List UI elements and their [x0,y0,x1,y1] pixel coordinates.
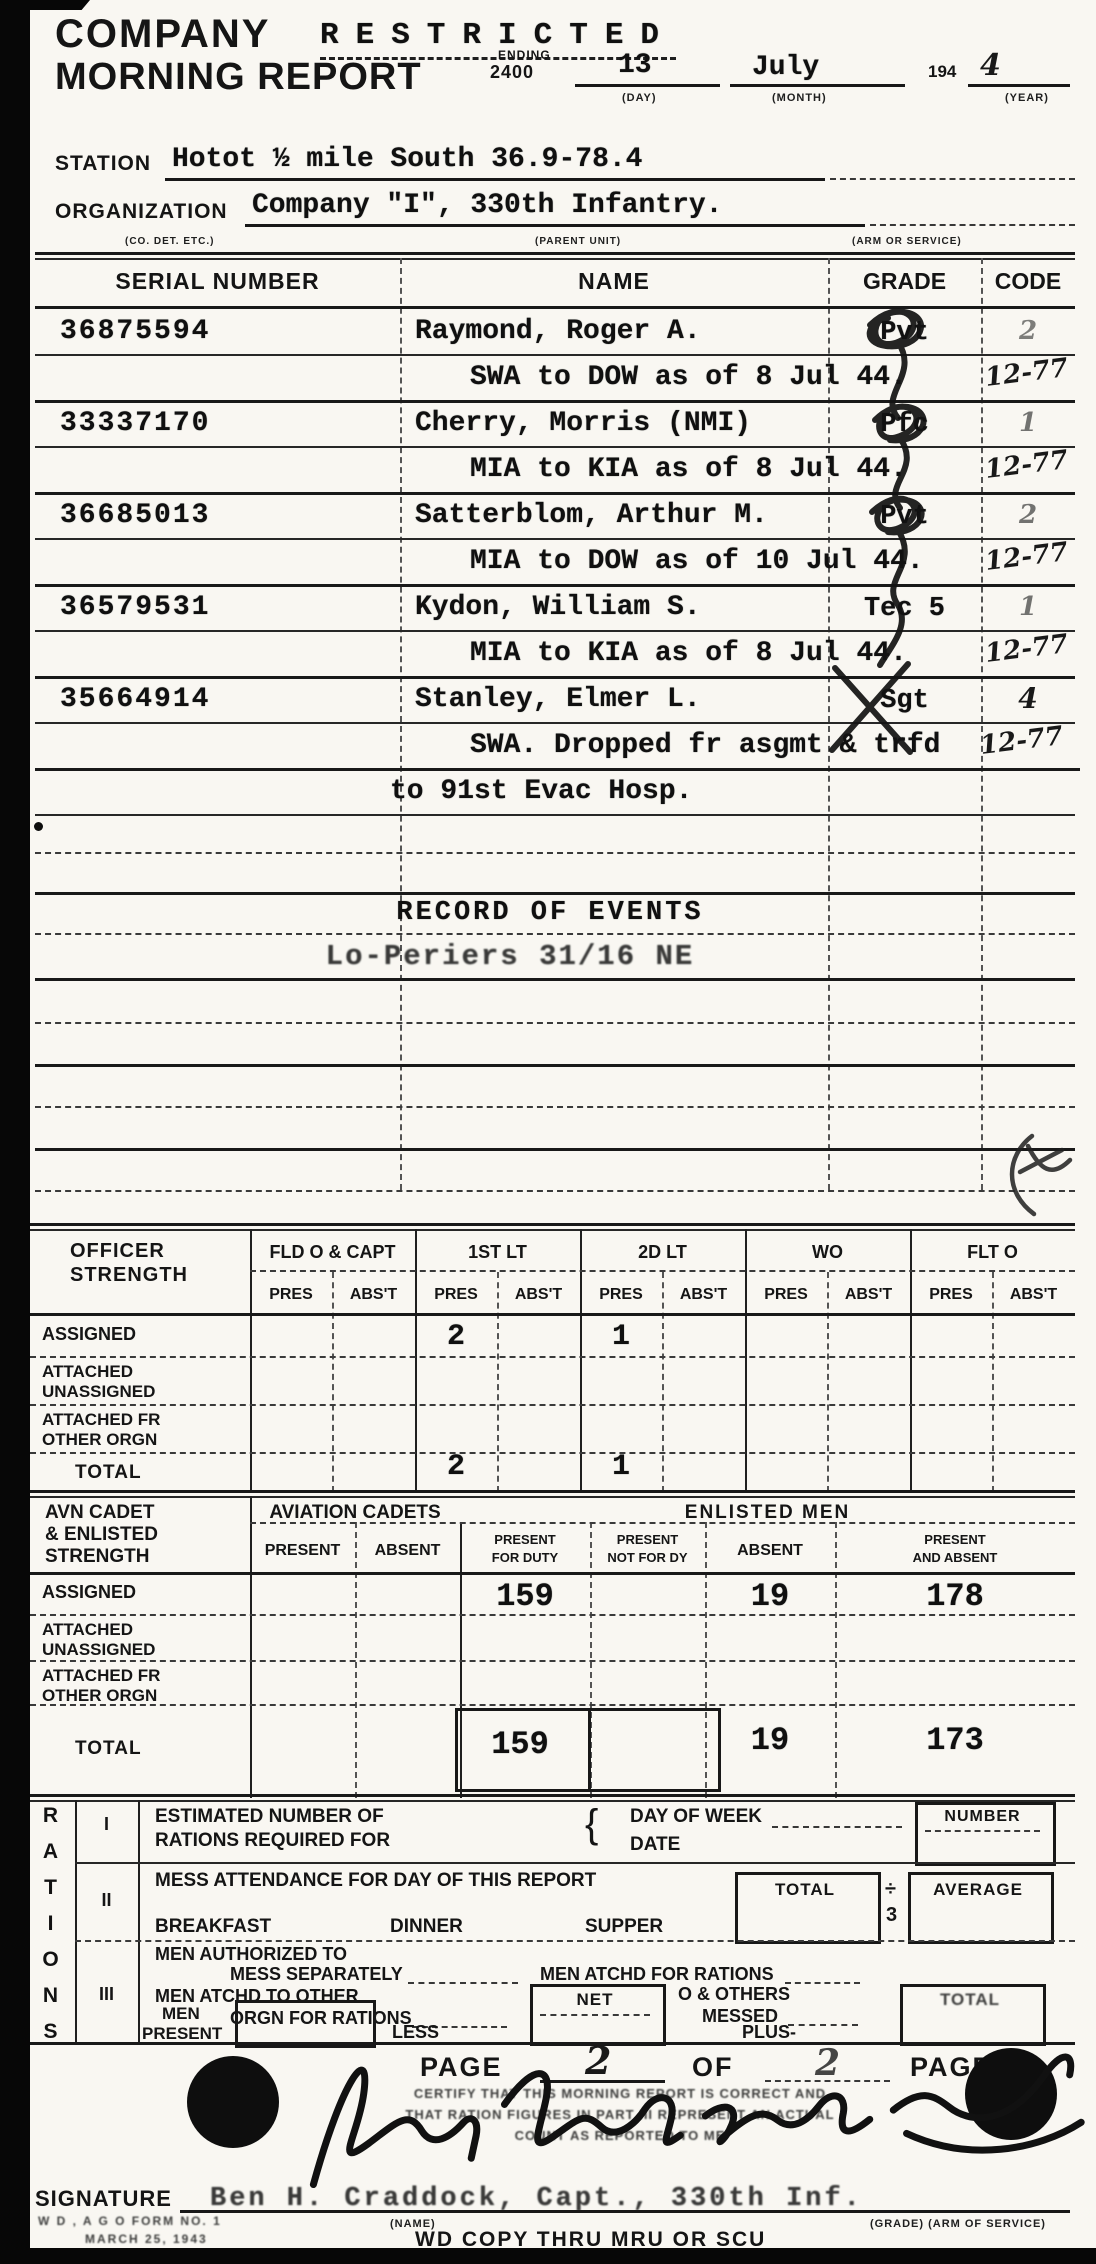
table-row: 36579531 [60,592,210,623]
enlisted-row-sep [30,1660,1075,1662]
abst-label: ABS'T [662,1286,745,1304]
officer-row-attached: ATTACHED [42,1362,133,1382]
enlisted-total-absent: 19 [705,1722,835,1759]
net-box-rule [540,2014,650,2016]
enlisted-group-underline [250,1522,1075,1524]
signature-line [180,2182,1070,2213]
abst-label: ABS'T [827,1286,910,1304]
col-header-serial: SERIAL NUMBER [35,268,400,295]
organization-underline [245,196,865,227]
blank-rule [35,978,1075,981]
mess-separately-label: MESS SEPARATELY [230,1964,403,1985]
pres-label: PRES [415,1286,497,1304]
officer-row-sep [30,1356,1075,1358]
men-atchd-rations-label: MEN ATCHD FOR RATIONS [540,1964,774,1985]
number-box-rule [925,1830,1040,1832]
year-prefix: 194 [928,62,956,82]
col-divider-serial-name [400,258,402,1190]
officer-total-2dlt-pres: 1 [580,1450,662,1484]
net-label: NET [530,1990,660,2010]
enlisted-row-attached: ATTACHED [42,1620,133,1640]
scan-border-left [0,0,30,2264]
enlisted-assigned-absent: 19 [705,1578,835,1615]
enlisted-row-total: TOTAL [75,1738,142,1760]
rations-numeral-divider [138,1800,140,2042]
enlisted-strength-label2: & ENLISTED [45,1524,158,1546]
officer-row-attached-fr: ATTACHED FR [42,1410,160,1430]
officer-sub-divider [662,1272,664,1492]
grade-caption: (GRADE) (ARM OF SERVICE) [870,2218,1046,2230]
men-authorized-label: MEN AUTHORIZED TO [155,1944,347,1965]
year-underline [968,56,1070,87]
day-of-week-label: DAY OF WEEK [630,1806,762,1828]
table-row: Satterblom, Arthur M. [415,500,768,531]
record-of-events-title: RECORD OF EVENTS [270,898,830,928]
enlisted-row-attached2: UNASSIGNED [42,1640,155,1660]
enlisted-table-top [30,1490,1075,1493]
fill-line [785,1966,860,1984]
enl-pfd-label: PRESENT [460,1532,590,1547]
officer-assigned-1stlt-pres: 2 [415,1320,497,1354]
rations-i-bottom [75,1862,1075,1864]
officer-assigned-2dlt-pres: 1 [580,1320,662,1354]
mess-total-label: TOTAL [735,1880,875,1900]
officer-sub-divider [992,1272,994,1492]
day-underline [575,56,720,87]
divide-sign: ÷ [885,1878,896,1901]
enlisted-assigned-pa: 178 [835,1578,1075,1615]
enlisted-table-top2 [30,1496,1075,1498]
enlisted-men-header: ENLISTED MEN [460,1502,1075,1524]
org-caption-parent: (PARENT UNIT) [535,236,621,247]
officer-group-fldo: FLD O & CAPT [250,1242,415,1263]
officer-row-total: TOTAL [75,1462,142,1484]
rations-vertical-label: RATIONS [38,1804,62,2044]
abst-label: ABS'T [992,1286,1075,1304]
scan-border-bottom [0,2248,1096,2264]
enlisted-header-bottom [30,1572,1075,1575]
officer-row-assigned: ASSIGNED [42,1324,136,1345]
table-row: 36875594 [60,316,210,347]
officer-sub-divider [827,1272,829,1492]
officer-strength-label: OFFICER [70,1240,165,1263]
officer-row-attached-fr2: OTHER ORGN [42,1430,157,1450]
station-underline [165,150,825,181]
station-label: STATION [55,152,151,176]
enlisted-row-sep [30,1614,1075,1616]
enlisted-total-pfd: 159 [455,1726,585,1763]
blank-rule [35,892,1075,895]
breakfast-label: BREAKFAST [155,1916,271,1938]
blank-rule [35,852,1075,854]
dinner-label: DINNER [390,1916,463,1938]
mess-attendance-label: MESS ATTENDANCE FOR DAY OF THIS REPORT [155,1870,596,1892]
enl-pnfd-label: PRESENT [590,1532,705,1547]
officer-row-attached2: UNASSIGNED [42,1382,155,1402]
men-present-label1: MEN [162,2004,200,2024]
rations-top [30,1794,1075,1797]
form-date: MARCH 25, 1943 [85,2232,208,2246]
blank-rule [35,1106,1075,1108]
pres-label: PRES [250,1286,332,1304]
officer-row-sep [30,1404,1075,1406]
rations-total-label: TOTAL [900,1990,1040,2010]
enlisted-row-sep [30,1704,1075,1706]
ending-label: ENDING [498,48,551,62]
enl-pnfd-label2: NOT FOR DY [590,1550,705,1565]
average-label: AVERAGE [908,1880,1048,1900]
rations-ii-bottom [75,1940,1075,1942]
handwritten-check-mark [990,1130,1096,1220]
table-row: 35664914 [60,684,210,715]
handwritten-signature [265,2025,1096,2195]
enlisted-row-assigned: ASSIGNED [42,1582,136,1603]
month-caption: (MONTH) [772,92,827,104]
table-row: Raymond, Roger A. [415,316,701,347]
month-underline [730,56,905,87]
remark-row: to 91st Evac Hosp. [390,776,692,807]
form-number: W D , A G O FORM NO. 1 [38,2214,222,2228]
enl-pa-label2: AND ABSENT [835,1550,1075,1565]
organization-underline-dotted [870,198,1075,226]
blank-rule [35,1148,1075,1151]
table-row: Kydon, William S. [415,592,701,623]
officer-group-1stlt: 1ST LT [415,1242,580,1263]
enlisted-strength-label: AVN CADET [45,1502,154,1524]
org-caption-co: (CO. DET. ETC.) [125,236,214,247]
total-pnfd-box [588,1708,721,1792]
scanned-morning-report: { "header": { "title1": "COMPANY", "titl… [0,0,1096,2264]
officer-group-flto: FLT O [910,1242,1075,1263]
supper-label: SUPPER [585,1916,663,1938]
rations-section-i: I [75,1814,138,1835]
table-top-line2 [35,258,1075,260]
o-and-others-label: O & OTHERS [678,1984,790,2005]
table-row: 36685013 [60,500,210,531]
table-row: Stanley, Elmer L. [415,684,701,715]
rations-i-text1: ESTIMATED NUMBER OF [155,1806,384,1828]
officer-sub-divider [497,1272,499,1492]
blank-rule [35,1022,1075,1024]
year-caption: (YEAR) [1005,92,1049,104]
table-top-line [35,252,1075,255]
stray-ink-dot [34,822,43,831]
date-label: DATE [630,1834,680,1856]
avn-absent-label: ABSENT [355,1542,460,1560]
col-header-name: NAME [400,268,828,295]
enlisted-total-pa: 173 [835,1722,1075,1759]
officer-total-1stlt-pres: 2 [415,1450,497,1484]
rations-letter-divider [75,1800,77,2042]
pres-label: PRES [580,1286,662,1304]
abst-label: ABS'T [497,1286,580,1304]
row-sep [35,814,1075,816]
scan-border-top-wedge [22,0,90,10]
fill-line [788,2008,858,2026]
ending-time: 2400 [490,62,534,83]
men-present-label2: PRESENT [142,2024,222,2044]
brace-glyph: { [585,1802,598,1847]
officer-row-sep [30,1452,1075,1454]
dow-fill-line [772,1808,902,1828]
ink-scribble-overlay [780,280,1020,780]
enlisted-row-attached-fr: ATTACHED FR [42,1666,160,1686]
avn-present-label: PRESENT [250,1542,355,1560]
officer-group-wo: WO [745,1242,910,1263]
blank-rule [35,1190,1075,1192]
table-row: Cherry, Morris (NMI) [415,408,751,439]
divisor-three: 3 [886,1904,897,1927]
officer-group-underline [250,1270,1075,1272]
abst-label: ABS'T [332,1286,415,1304]
pres-label: PRES [745,1286,827,1304]
enlisted-assigned-pfd: 159 [460,1578,590,1615]
enl-pfd-label2: FOR DUTY [460,1550,590,1565]
station-underline-dotted [830,152,1075,180]
enlisted-row-attached-fr2: OTHER ORGN [42,1686,157,1706]
rations-i-text2: RATIONS REQUIRED FOR [155,1830,390,1852]
officer-table-top2 [30,1229,1075,1231]
paper-sheet: COMPANY MORNING REPORT RESTRICTED ENDING… [30,0,1096,2250]
officer-group-2dlt: 2D LT [580,1242,745,1263]
officer-strength-label: STRENGTH [70,1264,188,1287]
signature-label: SIGNATURE [35,2186,172,2212]
aviation-cadets-header: AVIATION CADETS [250,1502,460,1524]
officer-header-bottom [30,1313,1075,1316]
blank-rule [35,933,1075,935]
enl-pa-label: PRESENT [835,1532,1075,1547]
officer-table-top [30,1223,1075,1226]
number-box-label: NUMBER [915,1808,1050,1826]
form-title-line1: COMPANY [55,12,270,57]
officer-sub-divider [332,1272,334,1492]
blank-rule [35,1064,1075,1067]
pres-label: PRES [910,1286,992,1304]
form-title-line2: MORNING REPORT [55,56,422,99]
rations-section-ii: II [75,1890,138,1911]
table-row: 33337170 [60,408,210,439]
enl-absent-label: ABSENT [705,1542,835,1560]
record-of-events-entry: Lo-Periers 31/16 NE [230,940,790,973]
org-caption-arm: (ARM OR SERVICE) [852,236,962,247]
fill-line [408,1966,518,1984]
enlisted-strength-label3: STRENGTH [45,1546,150,1568]
organization-label: ORGANIZATION [55,200,228,224]
day-caption: (DAY) [622,92,657,104]
rations-section-iii: III [75,1984,138,2005]
